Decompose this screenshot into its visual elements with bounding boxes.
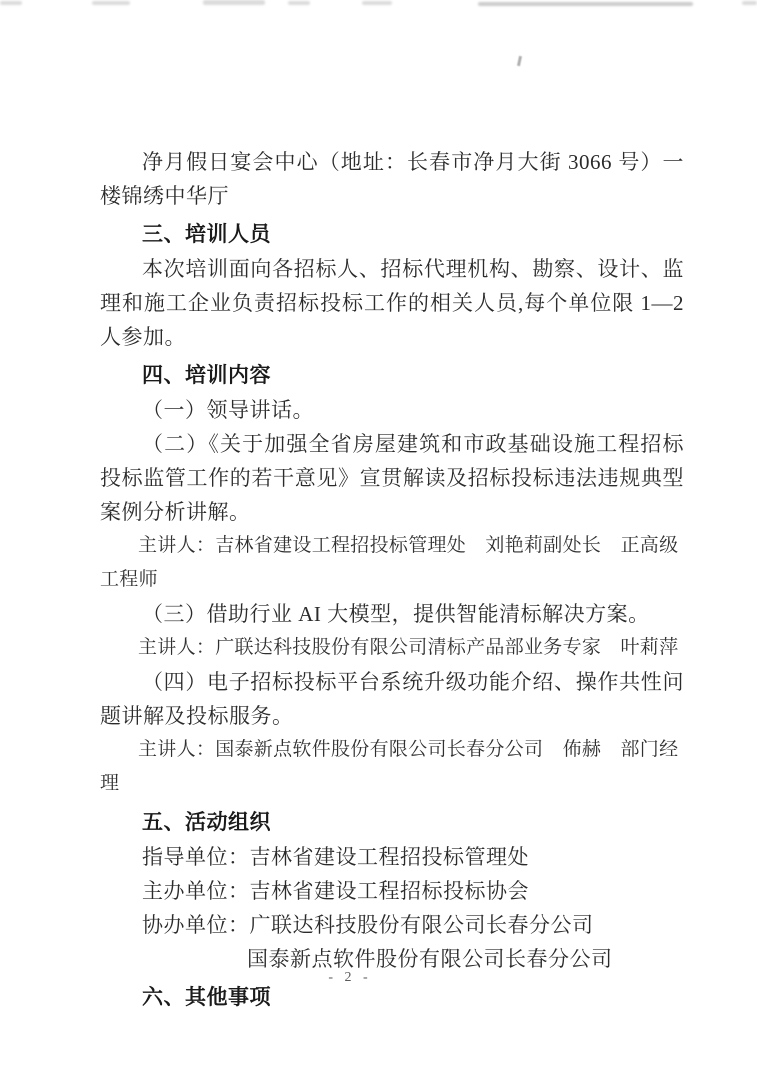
scan-artifact xyxy=(362,1,392,5)
paragraph-venue: 净月假日宴会中心（地址：长春市净月大街 3066 号）一楼锦绣中华厅 xyxy=(100,145,684,213)
heading-section-5-organization: 五、活动组织 xyxy=(100,806,684,840)
heading-section-6-other: 六、其他事项 xyxy=(100,981,684,1015)
speaker-line-1: 主讲人：吉林省建设工程招投标管理处 刘艳莉副处长 正高级工程师 xyxy=(100,529,684,597)
paragraph-item-4: （四）电子招标投标平台系统升级功能介绍、操作共性问题讲解及投标服务。 xyxy=(100,665,684,733)
scan-artifact xyxy=(478,2,693,6)
document-page: 净月假日宴会中心（地址：长春市净月大街 3066 号）一楼锦绣中华厅 三、培训人… xyxy=(0,0,757,1073)
org-line-guiding-unit: 指导单位：吉林省建设工程招投标管理处 xyxy=(100,840,684,874)
scan-artifact xyxy=(742,1,757,5)
org-line-co-organizer-1: 协办单位：广联达科技股份有限公司长春分公司 xyxy=(100,908,684,942)
heading-section-4-content: 四、培训内容 xyxy=(100,359,684,393)
speaker-line-3: 主讲人：国泰新点软件股份有限公司长春分公司 佈赫 部门经理 xyxy=(100,733,684,801)
heading-section-3-trainees: 三、培训人员 xyxy=(100,218,684,252)
paragraph-item-3: （三）借助行业 AI 大模型，提供智能清标解决方案。 xyxy=(100,597,684,631)
paragraph-item-1: （一）领导讲话。 xyxy=(100,393,684,427)
scan-artifact xyxy=(203,0,265,5)
paragraph-item-2: （二）《关于加强全省房屋建筑和市政基础设施工程招标投标监管工作的若干意见》宣贯解… xyxy=(100,427,684,529)
org-line-host-unit: 主办单位：吉林省建设工程招标投标协会 xyxy=(100,874,684,908)
scan-artifact xyxy=(0,1,22,5)
document-body: 净月假日宴会中心（地址：长春市净月大街 3066 号）一楼锦绣中华厅 三、培训人… xyxy=(100,145,684,1015)
scan-speck xyxy=(517,56,522,66)
paragraph-trainees: 本次培训面向各招标人、招标代理机构、勘察、设计、监理和施工企业负责招标投标工作的… xyxy=(100,252,684,354)
page-number: - 2 - xyxy=(0,970,700,986)
speaker-line-2: 主讲人：广联达科技股份有限公司清标产品部业务专家 叶莉萍 xyxy=(100,631,684,665)
scan-artifact xyxy=(288,1,310,5)
scan-artifact xyxy=(92,1,130,5)
